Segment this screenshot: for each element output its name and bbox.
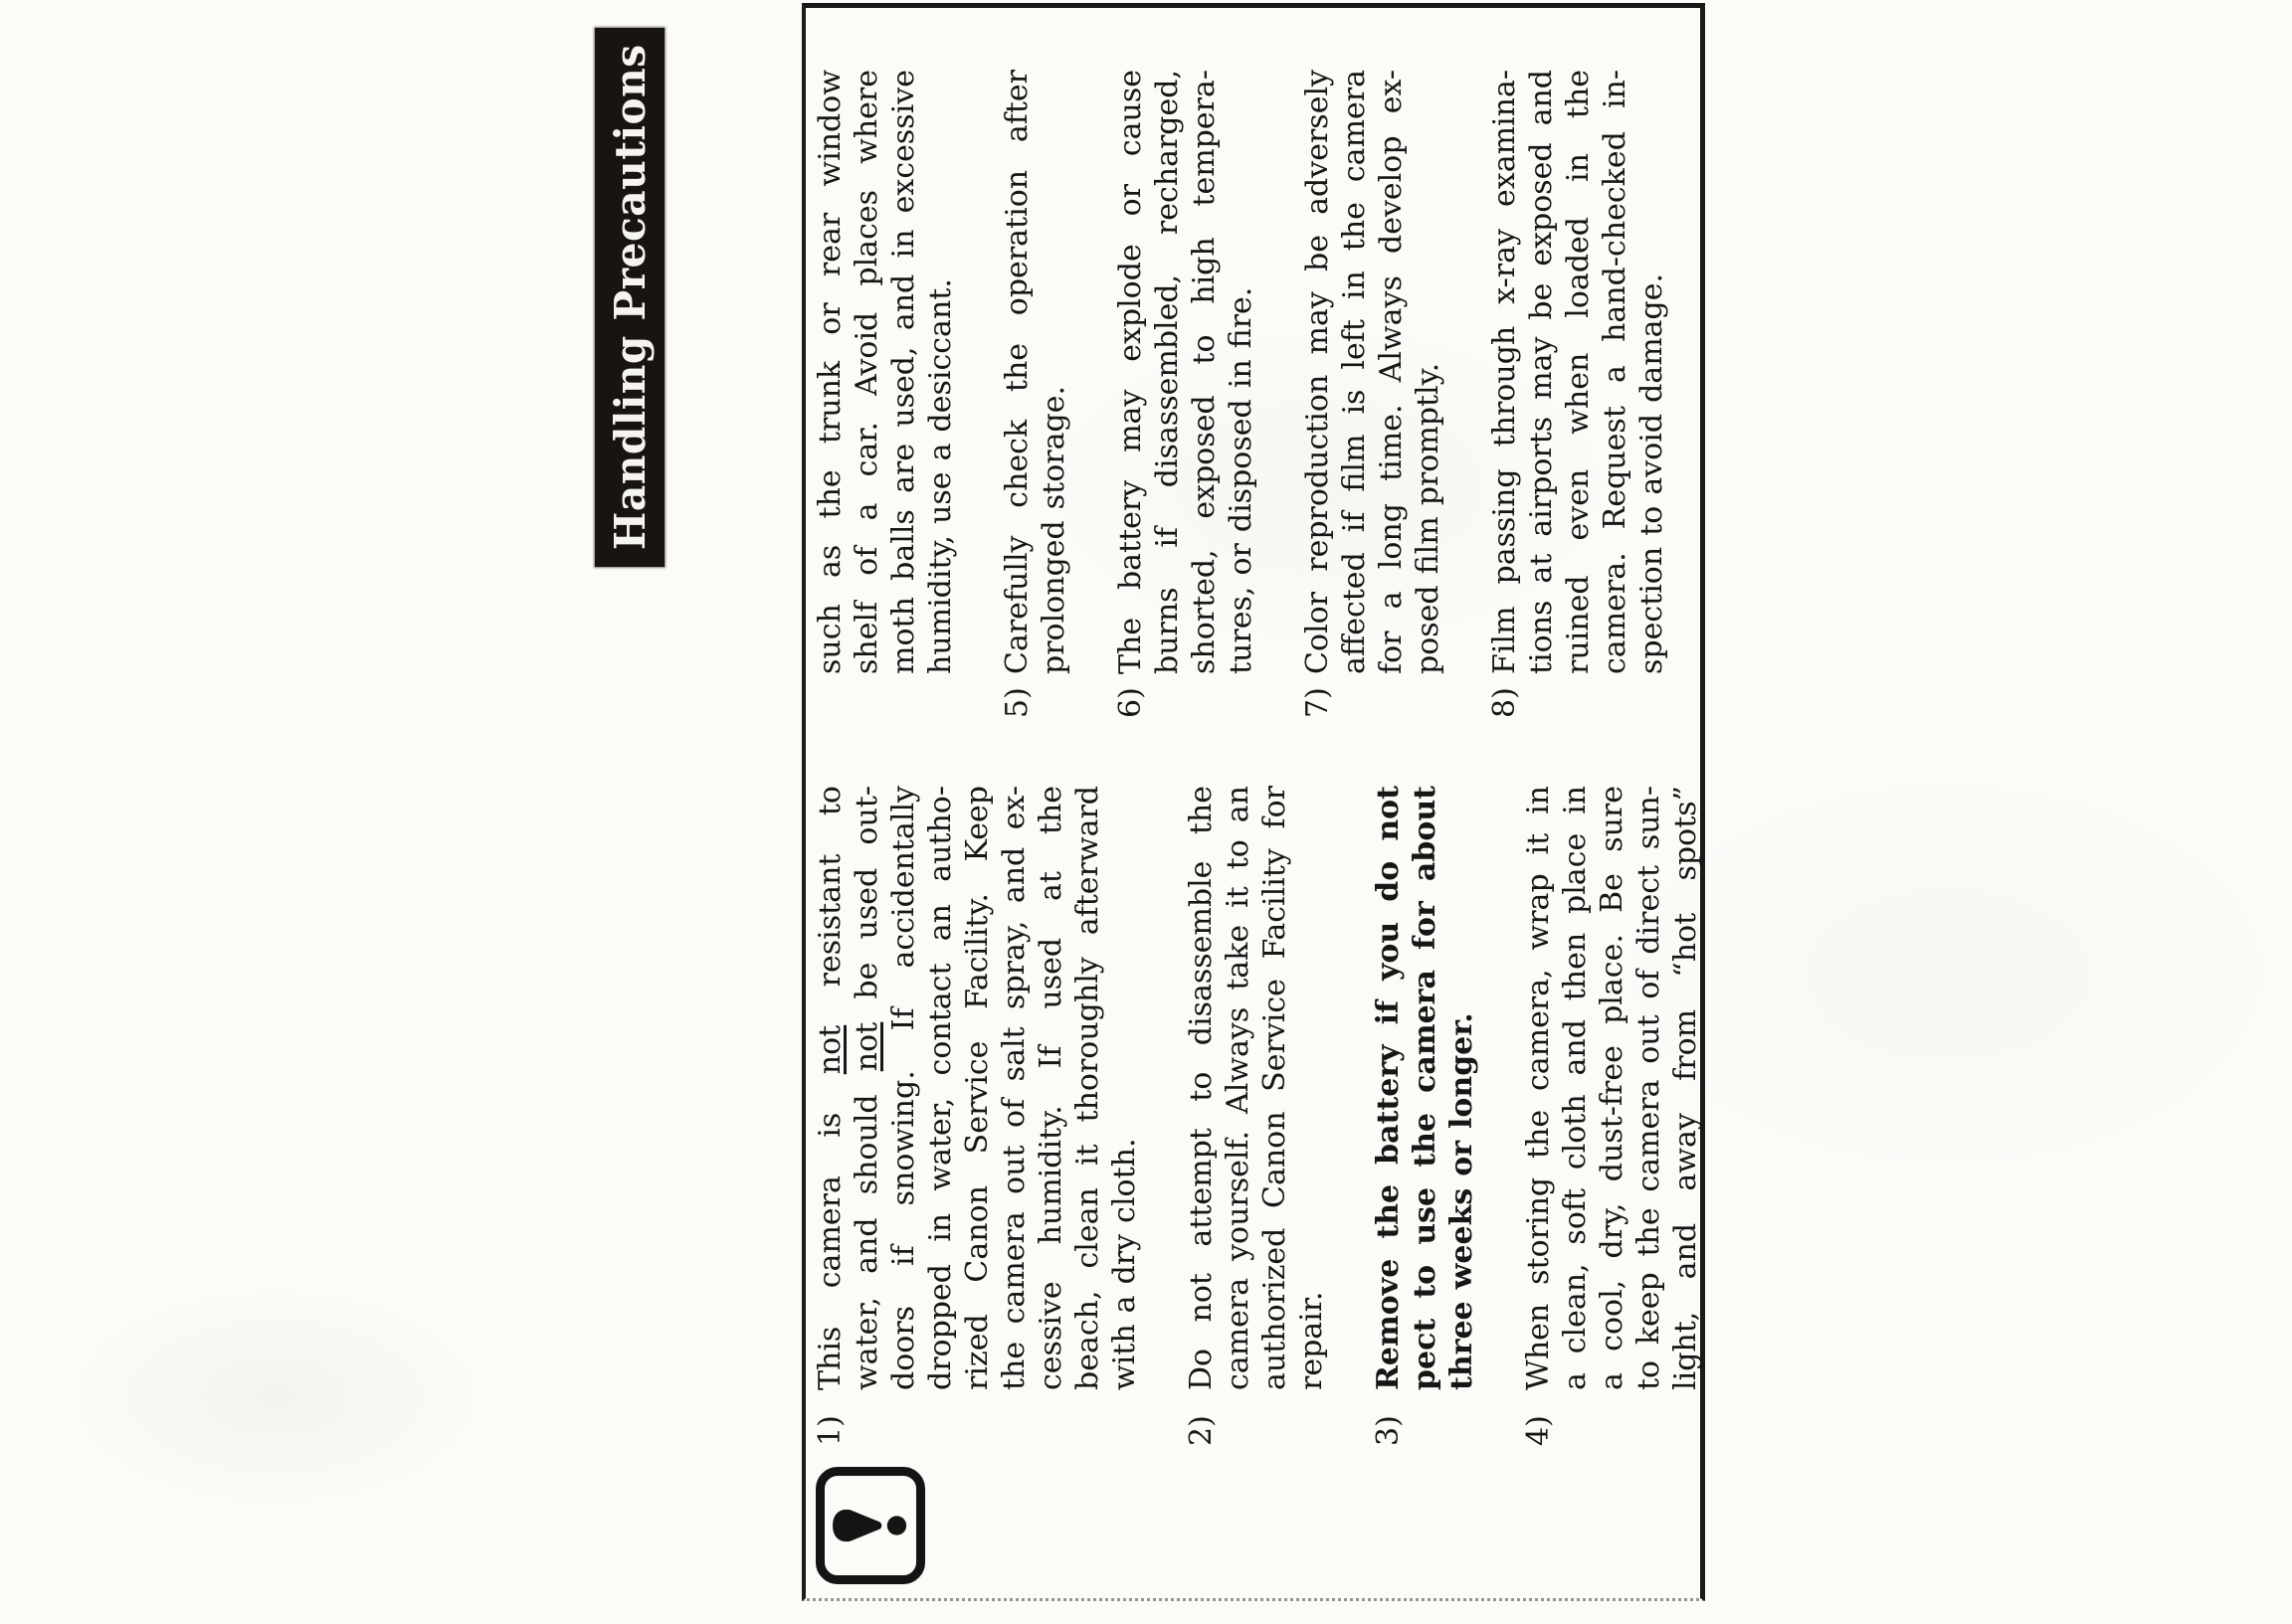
text-line: burns if disassembled, recharged, [1149, 70, 1186, 674]
section-title: Handling Precautions [606, 45, 655, 551]
text-line: cessive humidity. If used at the [1033, 786, 1069, 1390]
column-items-1-4: 1)This camera is not resistant towater, … [808, 786, 1704, 1390]
text-line: ruined even when loaded in the [1560, 70, 1597, 674]
text-line: tions at airports may be exposed and [1523, 70, 1560, 674]
list-item: 6)The battery may explode or causeburns … [1112, 70, 1259, 674]
text-line: dropped in water, contact an autho- [922, 786, 959, 1390]
text-line: When storing the camera, wrap it in [1520, 786, 1557, 1390]
text-line: Carefully check the operation after [999, 70, 1036, 674]
text-line: posed film promptly. [1410, 70, 1446, 674]
list-item: 4)When storing the camera, wrap it ina c… [1520, 786, 1704, 1390]
section-title-banner: Handling Precautions [595, 28, 665, 567]
text-line: authorized Canon Service Facility for [1256, 786, 1293, 1390]
text-line: water, and should not be used out- [849, 786, 885, 1390]
text-line: a cool, dry, dust-free place. Be sure [1594, 786, 1630, 1390]
scanned-manual-page: Handling Precautions 1)This camera is no… [0, 0, 2292, 1624]
text-line: Remove the battery if you do not ex- [1370, 786, 1407, 1390]
text-line: camera. Request a hand-checked in- [1597, 70, 1633, 674]
warning-exclamation-icon [816, 1467, 925, 1584]
item-number: 2) [1183, 1415, 1220, 1446]
text-line: three weeks or longer. [1443, 786, 1480, 1390]
text-line: for a long time. Always develop ex- [1373, 70, 1410, 674]
text-line: doors if snowing. If accidentally [885, 786, 922, 1390]
precautions-border-box: 1)This camera is not resistant towater, … [802, 3, 1705, 1601]
text-line: Do not attempt to disassemble the [1183, 786, 1220, 1390]
text-line: humidity, use a desiccant. [922, 70, 959, 674]
text-line: to keep the camera out of direct sun- [1630, 786, 1667, 1390]
rotated-page-content: Handling Precautions 1)This camera is no… [0, 0, 2292, 1624]
text-line: This camera is not resistant to [812, 786, 849, 1390]
text-line: prolonged storage. [1036, 70, 1072, 674]
text-line: shorted, exposed to high tempera- [1186, 70, 1223, 674]
text-line: tures, or disposed in fire. [1223, 70, 1259, 674]
list-item: 1)This camera is not resistant towater, … [812, 786, 1143, 1390]
text-line: a clean, soft cloth and then place in [1557, 786, 1594, 1390]
text-line: shelf of a car. Avoid places where [849, 70, 885, 674]
text-line: the camera out of salt spray, and ex- [996, 786, 1033, 1390]
text-line: Color reproduction may be adversely [1299, 70, 1336, 674]
item-number: 8) [1486, 687, 1523, 718]
list-item: 8)Film passing through x-ray examina-tio… [1486, 70, 1670, 674]
text-line: moth balls are used, and in excessive [885, 70, 922, 674]
text-line: spection to avoid damage. [1633, 70, 1670, 674]
text-line: pect to use the camera for about [1407, 786, 1443, 1390]
text-line: camera yourself. Always take it to an [1220, 786, 1256, 1390]
column-items-5-8: such as the trunk or rear windowshelf of… [808, 70, 1670, 674]
list-item: such as the trunk or rear windowshelf of… [812, 70, 959, 674]
list-item: 2)Do not attempt to disassemble thecamer… [1183, 786, 1330, 1390]
item-number: 4) [1520, 1415, 1557, 1446]
item-number: 5) [999, 687, 1036, 718]
text-line: The battery may explode or cause [1112, 70, 1149, 674]
text-line: such as the trunk or rear window [812, 70, 849, 674]
item-number: 6) [1112, 687, 1149, 718]
list-item: 7)Color reproduction may be adverselyaff… [1299, 70, 1446, 674]
item-number: 1) [812, 1415, 849, 1446]
text-line: repair. [1293, 786, 1330, 1390]
text-line: affected if film is left in the camera [1336, 70, 1373, 674]
text-line: light, and away from “hot spots” [1667, 786, 1704, 1390]
text-line: with a dry cloth. [1106, 786, 1143, 1390]
text-line: beach, clean it thoroughly afterward [1069, 786, 1106, 1390]
item-number: 7) [1299, 687, 1336, 718]
list-item: 3)Remove the battery if you do not ex-pe… [1370, 786, 1480, 1390]
item-number: 3) [1370, 1415, 1407, 1446]
text-line: rized Canon Service Facility. Keep [959, 786, 996, 1390]
list-item: 5)Carefully check the operation afterpro… [999, 70, 1072, 674]
text-line: Film passing through x-ray examina- [1486, 70, 1523, 674]
